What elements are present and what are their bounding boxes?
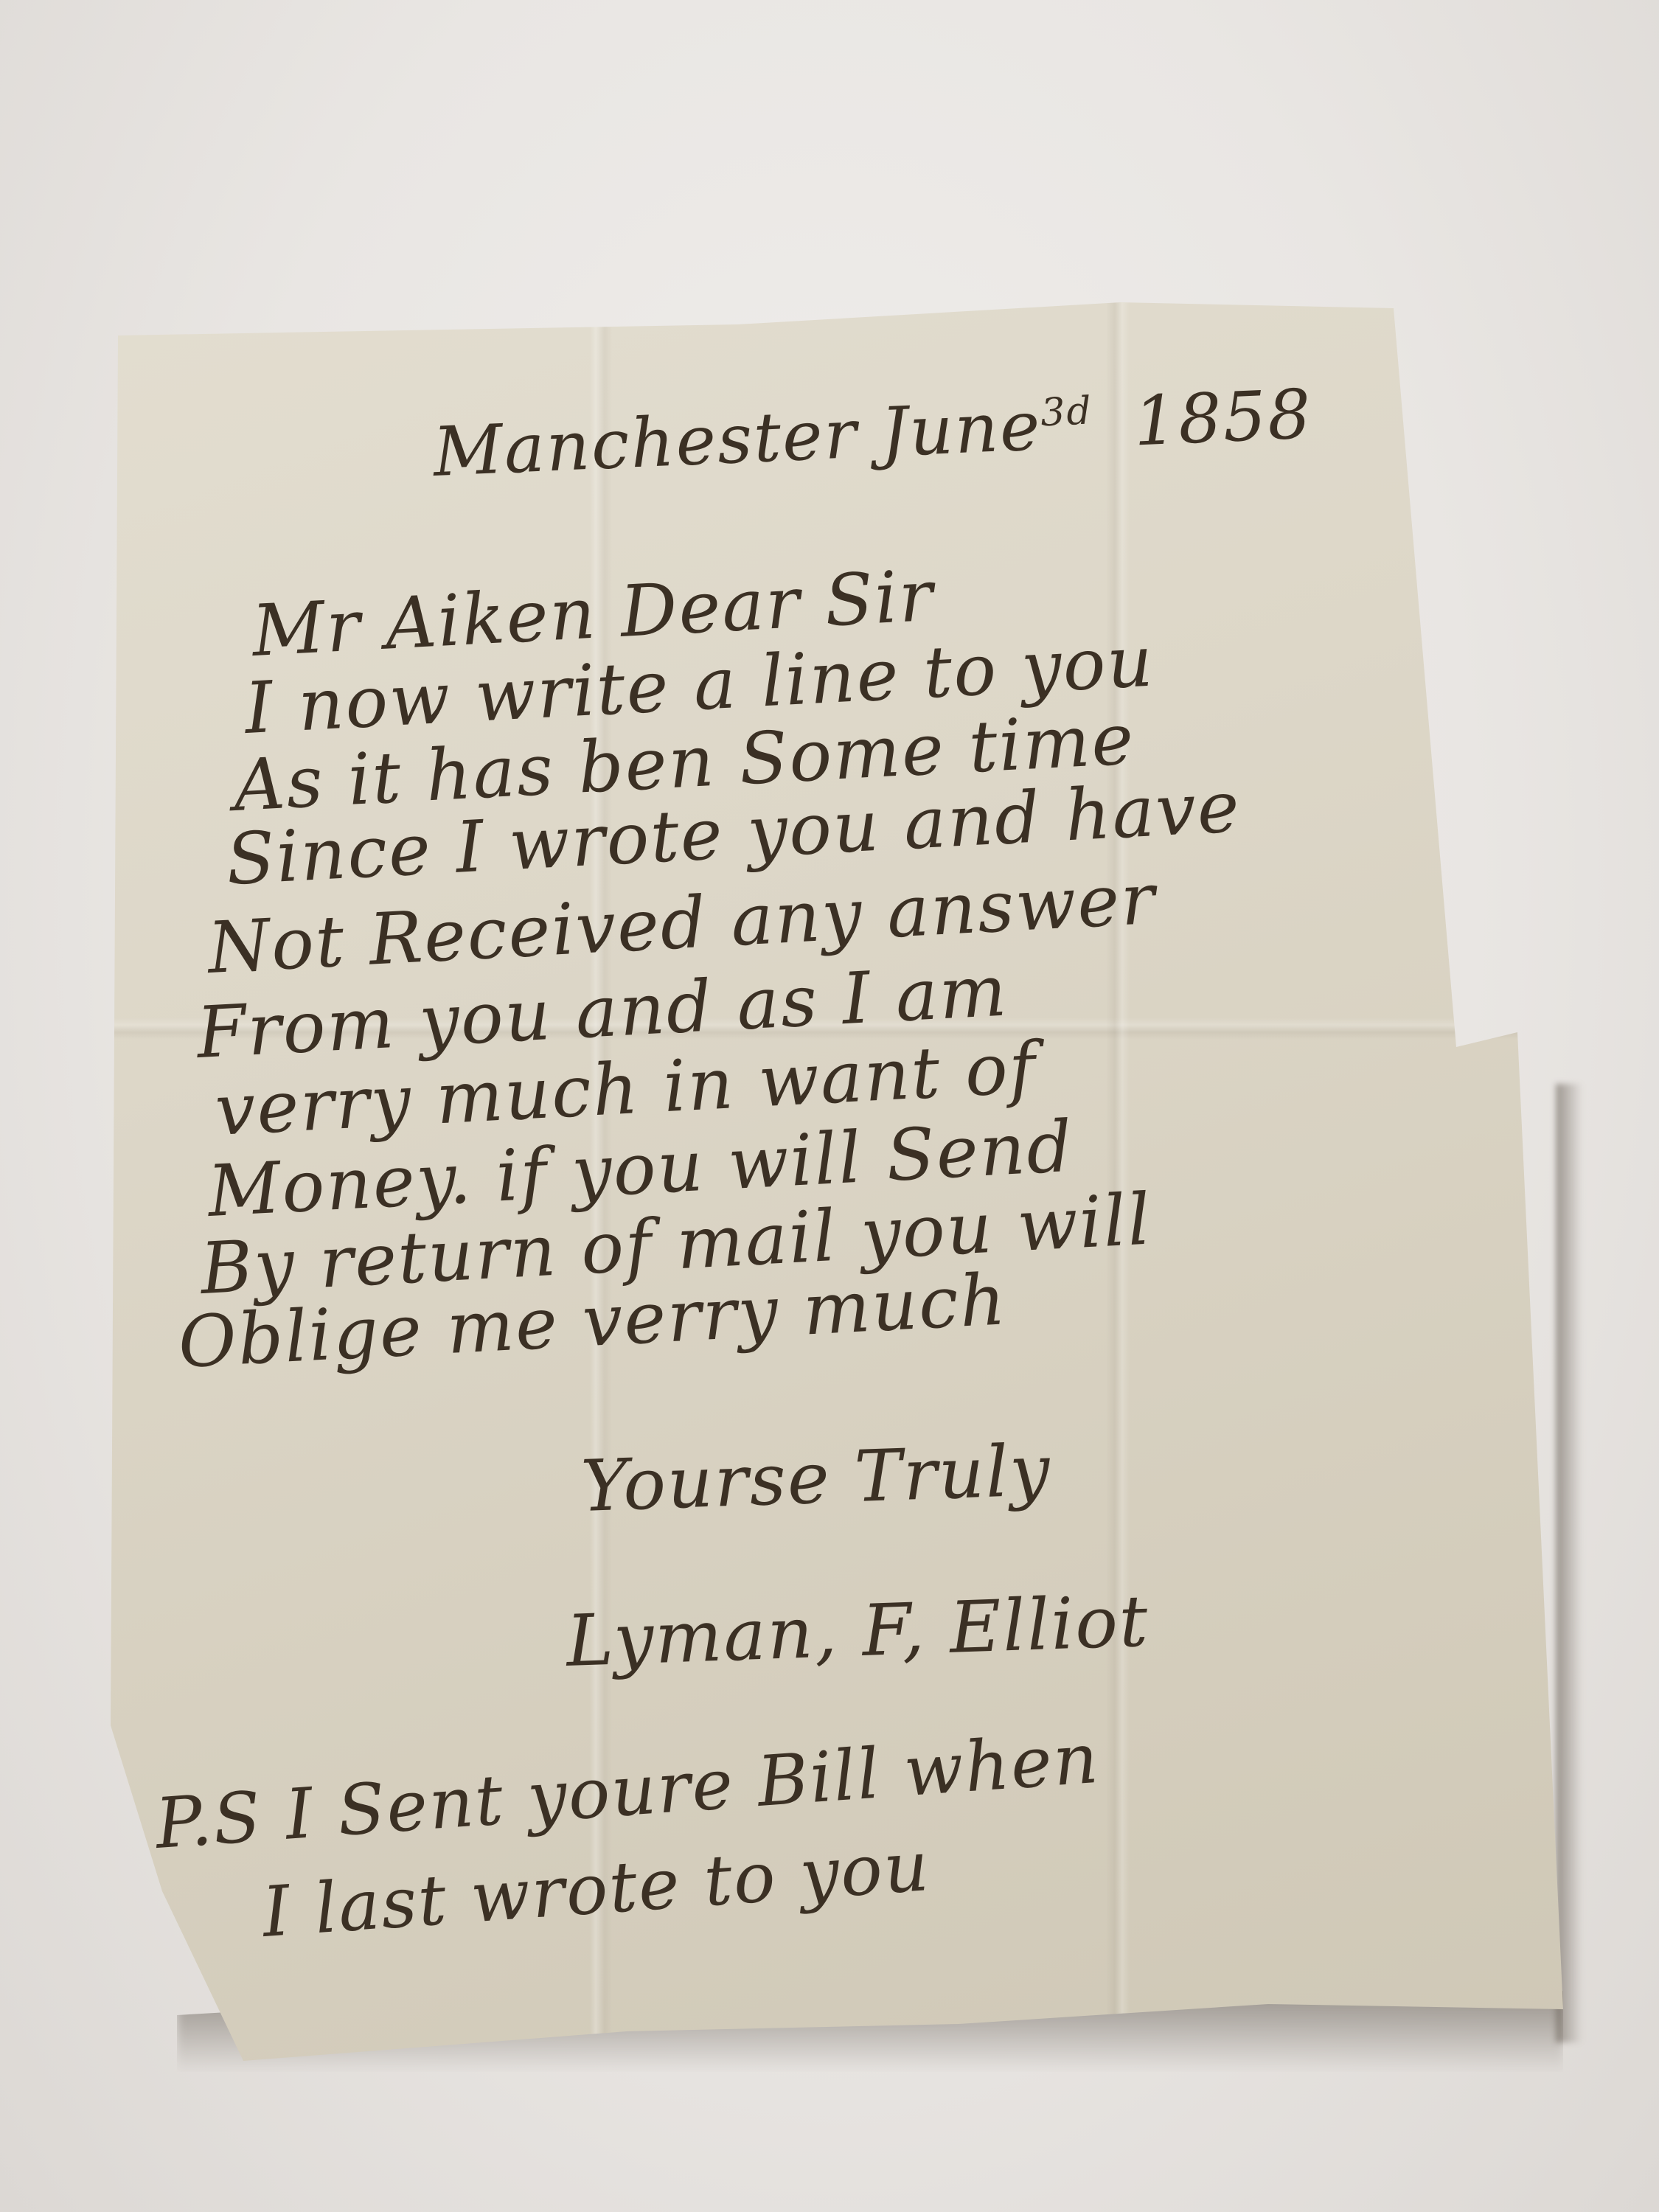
dateline-year: 1858 xyxy=(1132,375,1314,461)
dateline-month: June xyxy=(879,386,1043,472)
paper-shadow-right xyxy=(1556,1084,1582,2042)
photo-stage: Manchester June3d 1858 Mr Aiken Dear Sir… xyxy=(0,0,1659,2212)
dateline-day: 3d xyxy=(1040,389,1093,435)
closing: Yourse Truly xyxy=(580,1429,1052,1528)
